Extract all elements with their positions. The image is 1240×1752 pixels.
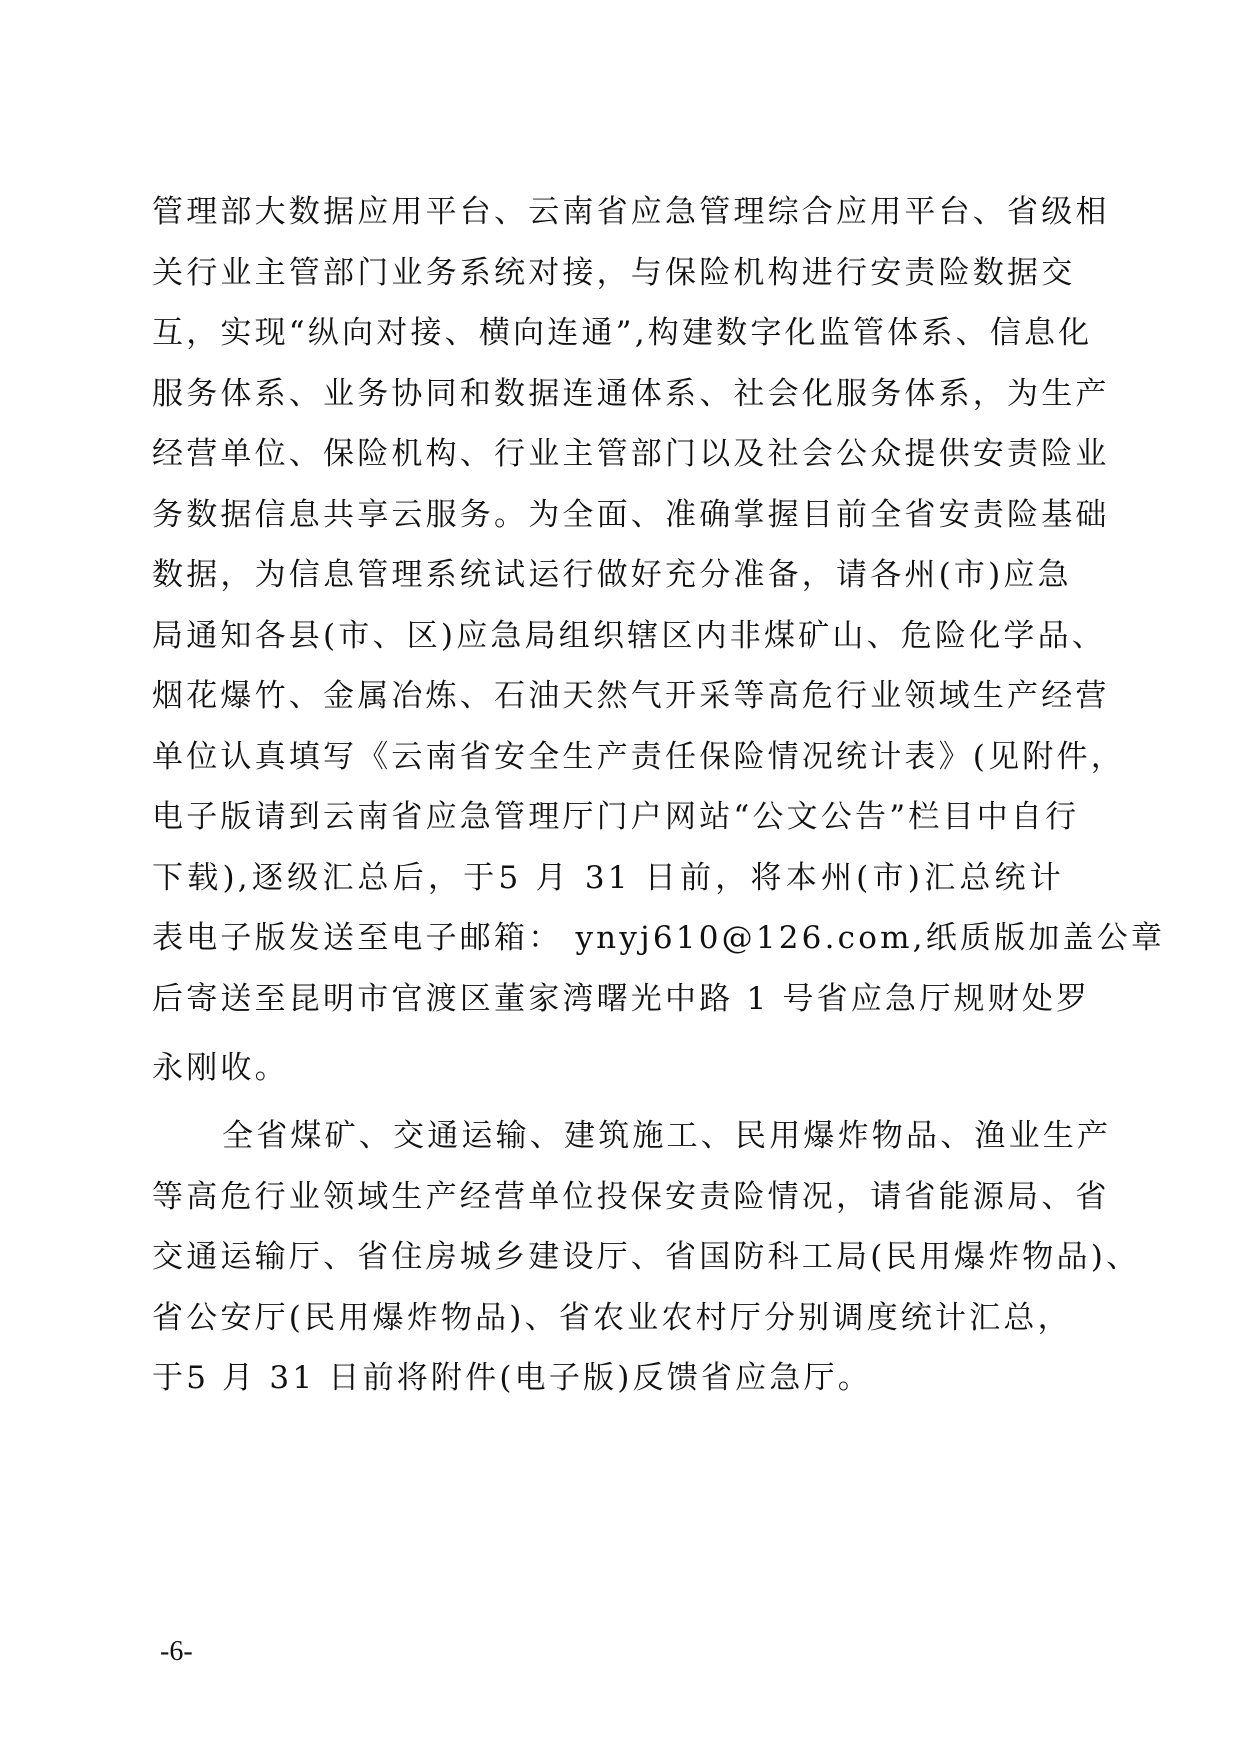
text-line: 数据，为信息管理系统试运行做好充分准备，请各州(市)应急 <box>152 555 1064 595</box>
text-line: 省公安厅(民用爆炸物品)、省农业农村厅分别调度统计汇总， <box>152 1298 1064 1338</box>
text-line: 交通运输厅、省住房城乡建设厅、省国防科工局(民用爆炸物品)、 <box>152 1237 1064 1277</box>
document-page: 管理部大数据应用平台、云南省应急管理综合应用平台、省级相 关行业主管部门业务系统… <box>0 0 1240 1752</box>
text-line: 下载),逐级汇总后，于5 月 31 日前，将本州(市)汇总统计 <box>152 858 1064 898</box>
text-line: 烟花爆竹、金属冶炼、石油天然气开采等高危行业领域生产经营 <box>152 676 1064 716</box>
text-line: 等高危行业领域生产经营单位投保安责险情况，请省能源局、省 <box>152 1177 1064 1217</box>
text-line: 全省煤矿、交通运输、建筑施工、民用爆炸物品、渔业生产 <box>222 1116 1064 1156</box>
address-line: 后寄送至昆明市官渡区董家湾曙光中路 1 号省应急厅规财处罗 <box>152 979 1064 1019</box>
text-line: 关行业主管部门业务系统对接，与保险机构进行安责险数据交 <box>152 253 1064 293</box>
text-line: 电子版请到云南省应急管理厅门户网站“公文公告”栏目中自行 <box>152 797 1064 837</box>
text-line: 局通知各县(市、区)应急局组织辖区内非煤矿山、危险化学品、 <box>152 616 1064 656</box>
text-line: 永刚收。 <box>152 1048 1064 1088</box>
text-line: 管理部大数据应用平台、云南省应急管理综合应用平台、省级相 <box>152 192 1064 232</box>
text-line: 互，实现“纵向对接、横向连通”,构建数字化监管体系、信息化 <box>152 313 1064 353</box>
text-line: 务数据信息共享云服务。为全面、准确掌握目前全省安责险基础 <box>152 495 1064 535</box>
text-line: 于5 月 31 日前将附件(电子版)反馈省应急厅。 <box>152 1358 1064 1398</box>
page-number: -6- <box>160 1634 193 1670</box>
text-line: 单位认真填写《云南省安全生产责任保险情况统计表》(见附件， <box>152 737 1064 777</box>
email-line: 表电子版发送至电子邮箱： ynyj610@126.com,纸质版加盖公章 <box>152 918 1064 958</box>
text-line: 经营单位、保险机构、行业主管部门以及社会公众提供安责险业 <box>152 434 1064 474</box>
text-line: 服务体系、业务协同和数据连通体系、社会化服务体系，为生产 <box>152 374 1064 414</box>
